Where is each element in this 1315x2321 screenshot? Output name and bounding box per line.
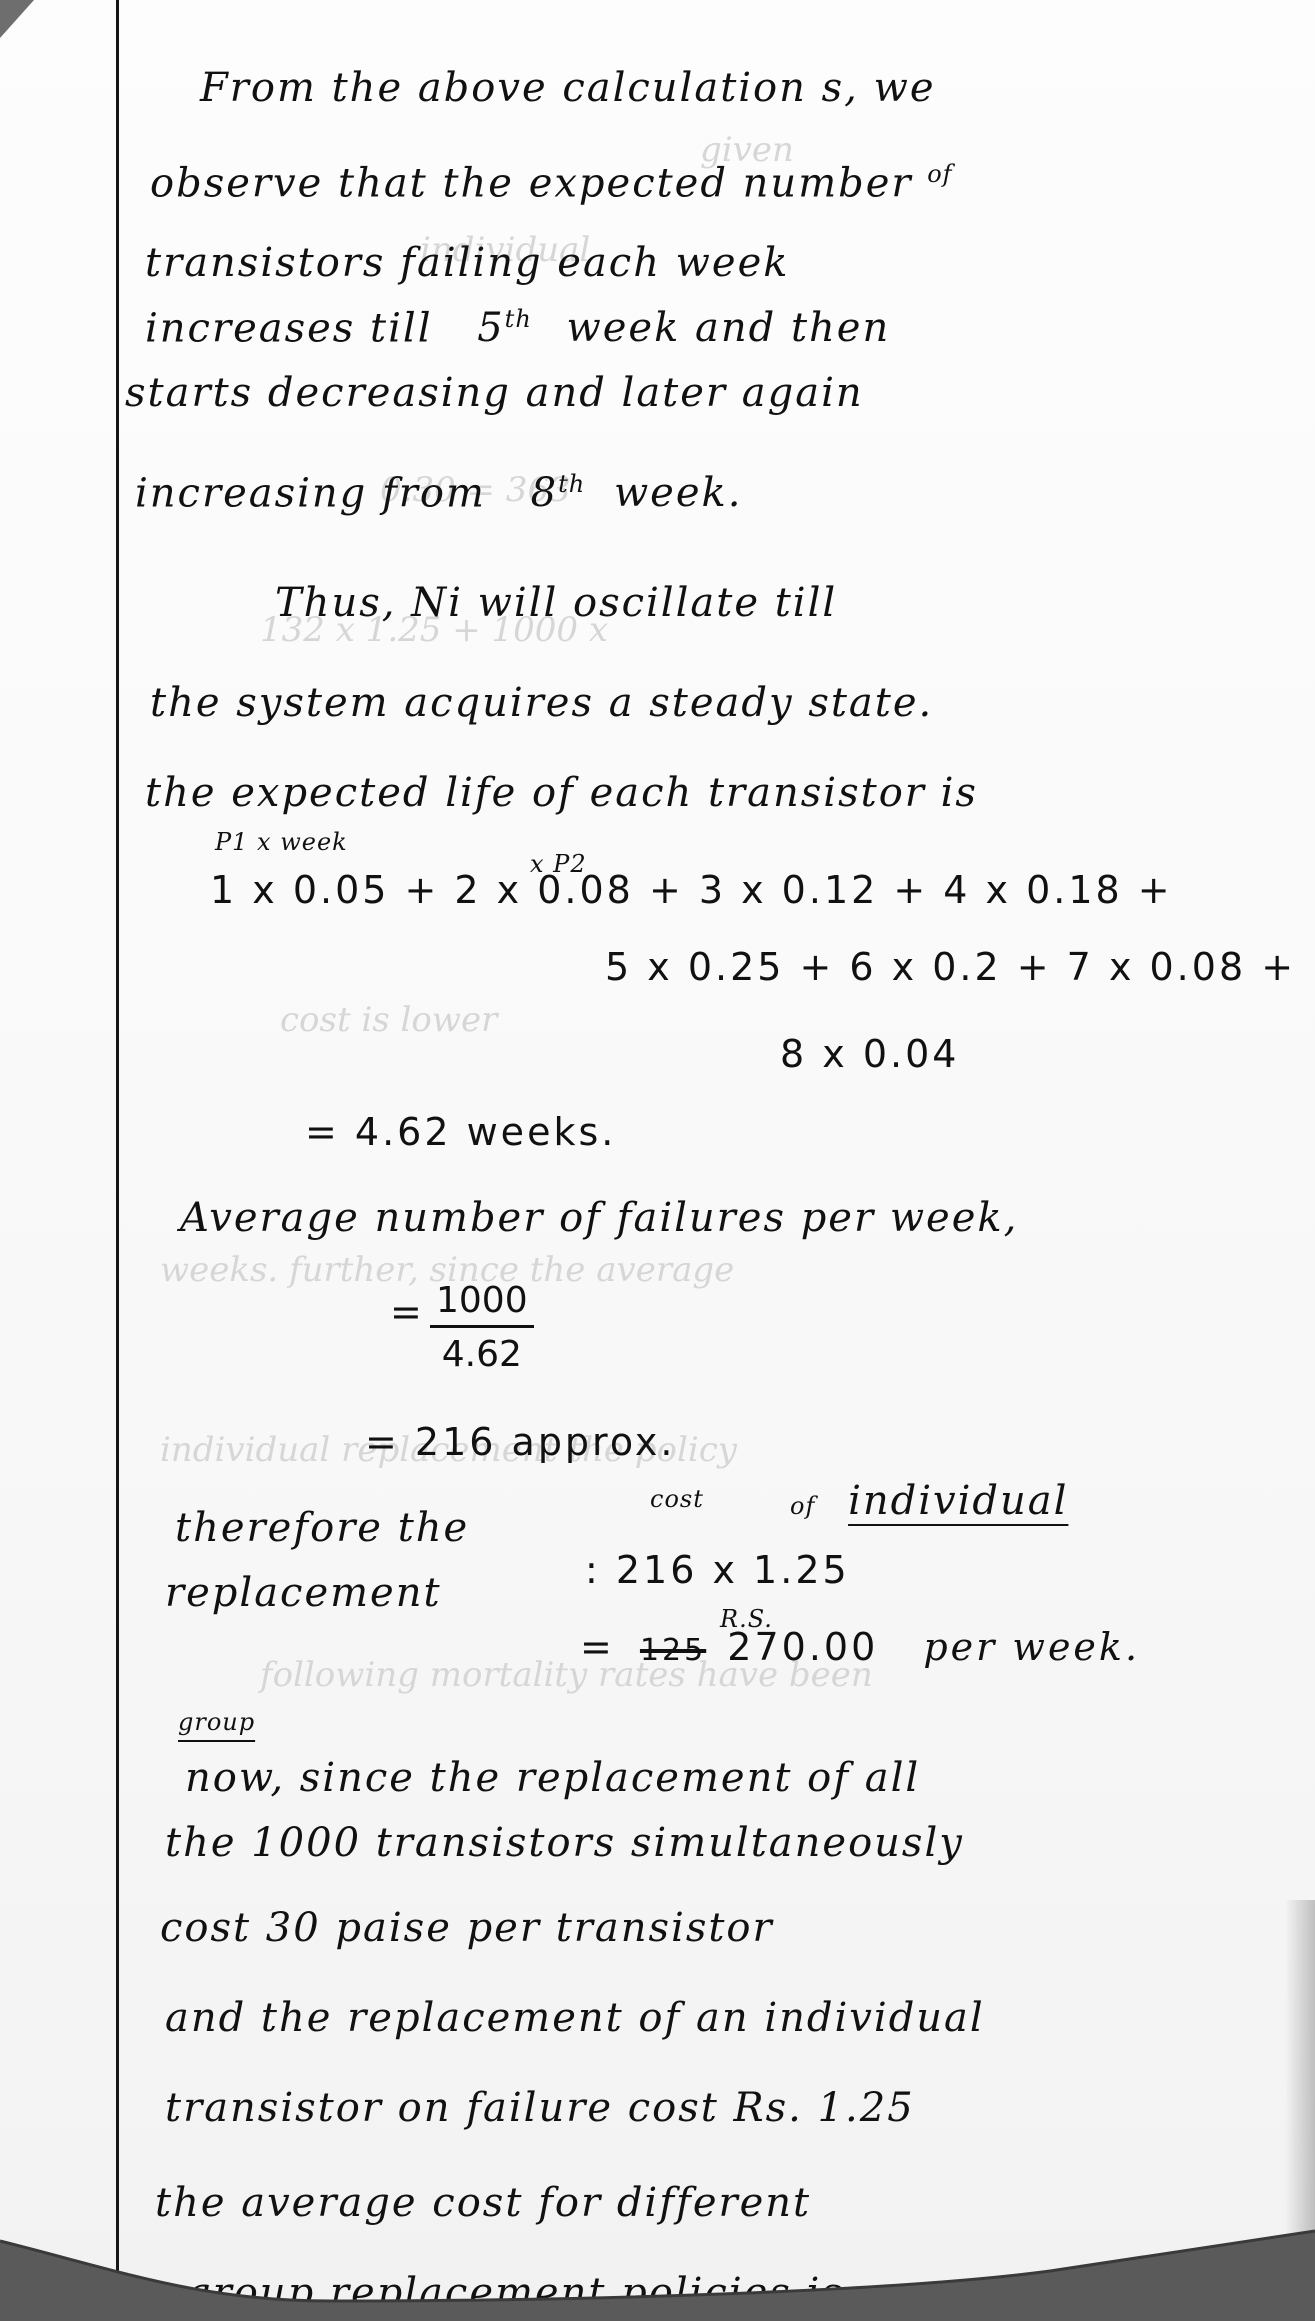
text-line: transistor on failure cost Rs. 1.25 bbox=[165, 2085, 915, 2131]
text-fragment: 8 bbox=[531, 470, 558, 516]
text-fragment: per week. bbox=[923, 1625, 1140, 1669]
notebook-page: given individual 0.30 = 363 132 x 1.25 +… bbox=[0, 0, 1315, 2321]
text-fragment: increasing from bbox=[135, 470, 486, 516]
bleed-through-text: cost is lower bbox=[280, 1000, 497, 1040]
text-line: increasing from 8th week. bbox=[135, 470, 742, 516]
text-fragment: therefore the bbox=[175, 1505, 469, 1551]
annotation: P1 x week bbox=[215, 828, 348, 856]
equation-line: 1 x 0.05 + 2 x 0.08 + 3 x 0.12 + 4 x 0.1… bbox=[210, 868, 1173, 912]
text-line: increases till 5th week and then bbox=[145, 305, 890, 351]
text-line: of individual bbox=[790, 1478, 1068, 1524]
margin-line bbox=[116, 0, 119, 2321]
equals-sign: = bbox=[390, 1290, 425, 1334]
result-line: = 4.62 weeks. bbox=[305, 1110, 616, 1154]
text-fragment: replacement bbox=[165, 1570, 442, 1616]
text-fragment: 5 bbox=[477, 305, 504, 351]
equation-line: 8 x 0.04 bbox=[780, 1032, 959, 1076]
underlined-word: individual bbox=[848, 1478, 1068, 1524]
text-fragment: week and then bbox=[567, 305, 891, 351]
text-line: the expected life of each transistor is bbox=[145, 770, 978, 816]
text-fragment: of bbox=[790, 1492, 815, 1520]
text-line: the system acquires a steady state. bbox=[150, 680, 933, 726]
ordinal-suffix: th bbox=[558, 470, 585, 498]
result-line: = 125 270.00 per week. bbox=[580, 1625, 1140, 1669]
text-line: transistors failing each week bbox=[145, 240, 790, 286]
inserted-word: cost bbox=[650, 1485, 704, 1513]
text-line: cost 30 paise per transistor bbox=[160, 1905, 774, 1951]
ordinal-suffix: th bbox=[505, 305, 532, 333]
text-line: replacement bbox=[165, 1570, 442, 1616]
struck-value: 125 bbox=[640, 1633, 706, 1668]
text-fragment: increases till bbox=[145, 305, 433, 351]
inserted-word: group bbox=[178, 1708, 255, 1736]
text-line: now, since the replacement of all bbox=[185, 1755, 920, 1801]
fraction-denominator: 4.62 bbox=[430, 1328, 534, 1375]
text-line: therefore the bbox=[175, 1505, 469, 1551]
text-line: From the above calculation s, we bbox=[200, 65, 935, 111]
equation-line: 5 x 0.25 + 6 x 0.2 + 7 x 0.08 + bbox=[605, 945, 1296, 989]
text-line: Average number of failures per week, bbox=[180, 1195, 1018, 1241]
equals-sign: = bbox=[580, 1625, 615, 1669]
page-corner-shadow bbox=[0, 0, 34, 38]
text-line: starts decreasing and later again bbox=[125, 370, 864, 416]
page-curl-shadow bbox=[0, 2201, 1315, 2321]
text-fragment: observe that the expected number bbox=[150, 160, 913, 206]
text-fragment: of bbox=[927, 160, 952, 188]
result-line: = 216 approx. bbox=[365, 1420, 676, 1464]
text-line: and the replacement of an individual bbox=[165, 1995, 985, 2041]
equation-line: : 216 x 1.25 bbox=[585, 1548, 850, 1592]
fraction: 1000 4.62 bbox=[430, 1280, 534, 1375]
fraction-numerator: 1000 bbox=[430, 1280, 534, 1328]
cost-value: 270.00 bbox=[727, 1625, 878, 1669]
text-fragment: week. bbox=[614, 470, 743, 516]
text-line: the 1000 transistors simultaneously bbox=[165, 1820, 964, 1866]
text-line: Thus, Ni will oscillate till bbox=[275, 580, 837, 626]
text-line: observe that the expected number of bbox=[150, 160, 953, 206]
